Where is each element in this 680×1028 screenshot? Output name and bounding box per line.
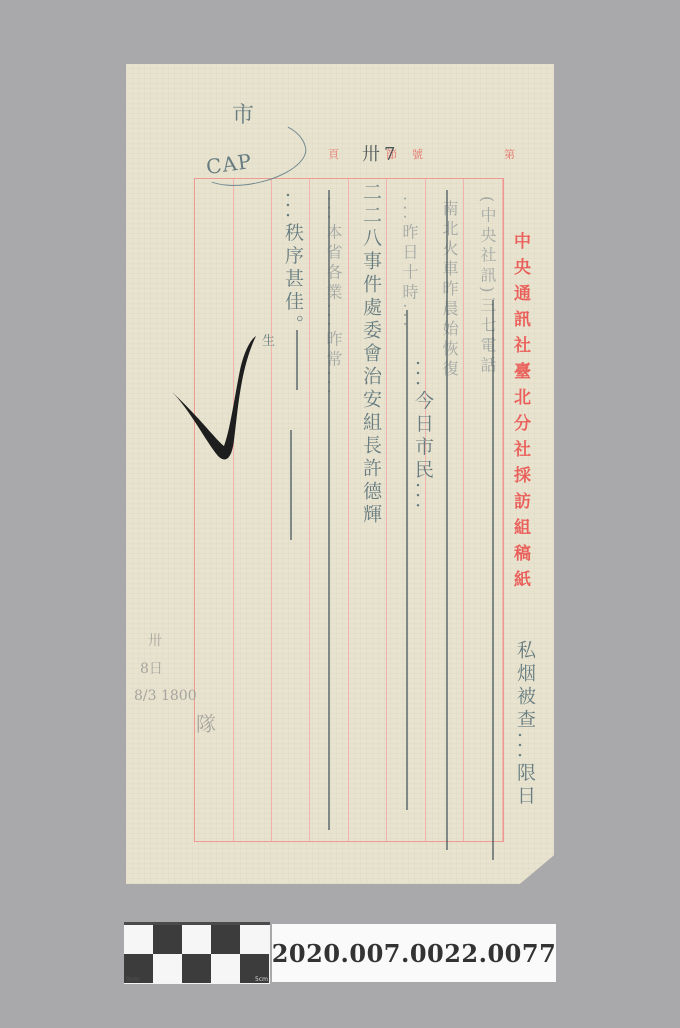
header-number-suffix: 號 (412, 146, 423, 162)
grid-line (386, 179, 387, 841)
check-mark-icon (170, 330, 260, 470)
edit-line (406, 310, 408, 810)
grid-line (233, 179, 234, 841)
edit-line (290, 430, 292, 540)
handwritten-column: ...秩序甚佳。 (280, 192, 307, 337)
header-prefix: 第 (504, 146, 515, 162)
pencil-note: 8/3 1800 (134, 688, 197, 704)
header-number-note: 卅7 (362, 140, 399, 166)
edit-line (296, 330, 298, 390)
edit-line (446, 190, 448, 850)
grid-line (271, 179, 272, 841)
edit-line (328, 190, 330, 830)
handwritten-column: ...本省各業...昨常... (322, 196, 345, 398)
form-title: 中央通訊社臺北分社採訪組稿紙 (509, 232, 533, 596)
header-page-suffix: 頁 (328, 146, 339, 162)
grid-line (348, 179, 349, 841)
grid-line (463, 179, 464, 841)
grid-line (309, 179, 310, 841)
scale-bar: 0cm 5cm (124, 922, 270, 984)
handwritten-column: 南北火車昨晨始恢復 (438, 200, 461, 380)
grid-line (502, 179, 503, 841)
pencil-note: 8日 (140, 658, 163, 678)
pencil-note: 卅 (148, 630, 162, 650)
edit-line (492, 300, 494, 860)
pencil-sign: 隊 (196, 708, 216, 737)
handwritten-column: 二二八事件處委會治安組長許德輝 (358, 182, 385, 527)
scale-end-label: 5cm (255, 976, 268, 983)
handwritten-column: ...今日市民... (410, 360, 437, 512)
scale-start-label: 0cm (126, 976, 139, 983)
accession-number: 2020.007.0022.0077 (272, 924, 556, 982)
handwritten-column: (中央社訊)三七電話 (476, 196, 499, 376)
handwritten-column: ...昨日十時... (398, 196, 421, 331)
side-mark: 生 (262, 330, 279, 349)
header-fields: 頁 節 號 第 (320, 146, 520, 166)
handwritten-column: 私烟被查...限日 (512, 640, 539, 808)
collection-label: 0cm 5cm 2020.007.0022.0077 (124, 922, 556, 984)
